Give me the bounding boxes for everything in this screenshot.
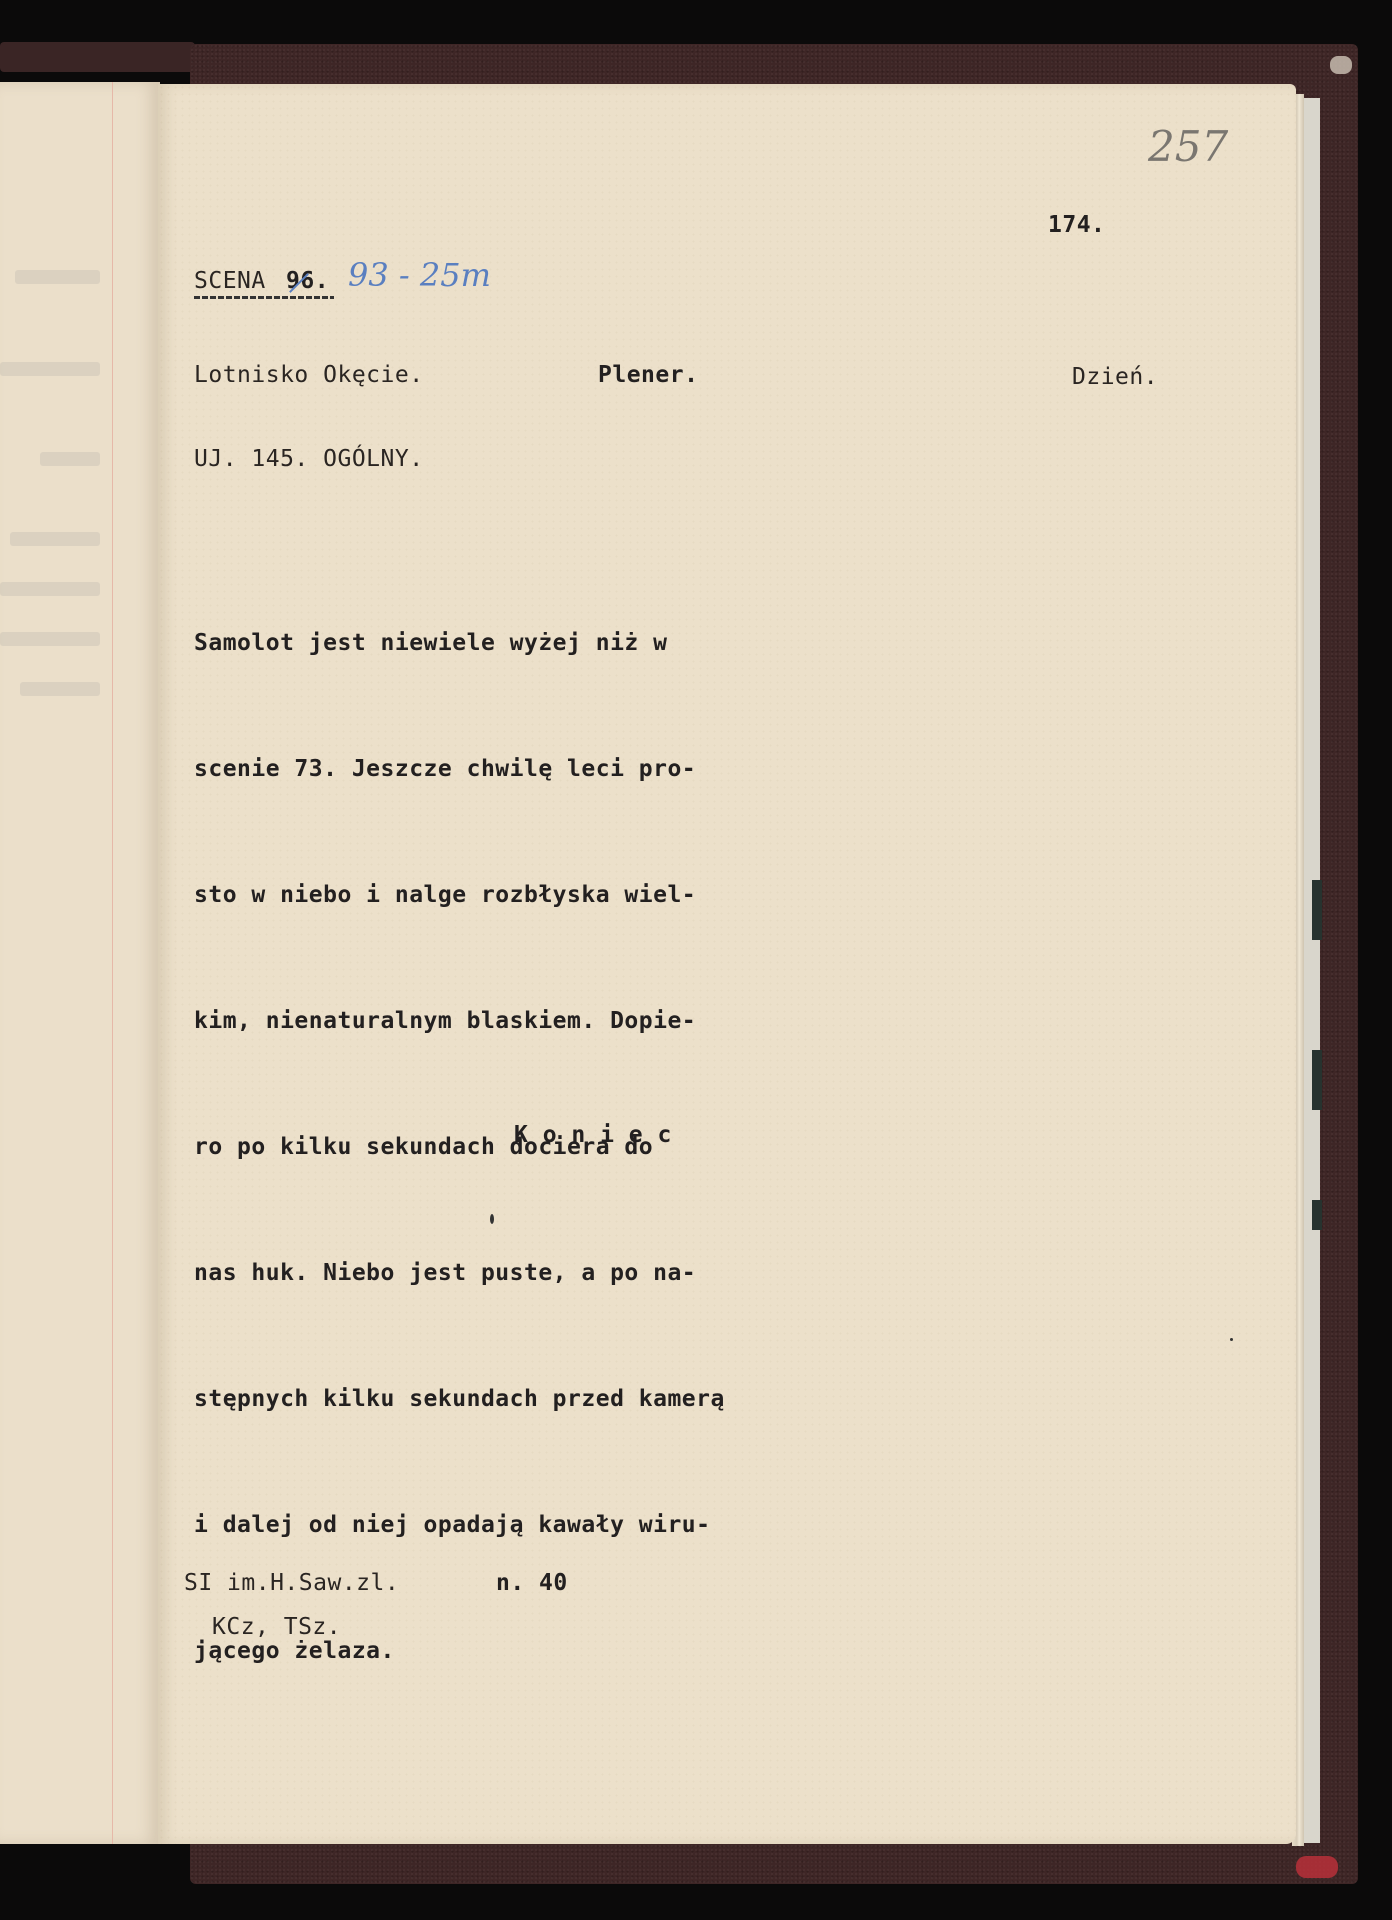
body-line: Samolot jest niewiele wyżej niż w [194, 622, 725, 664]
worn-cover-corner-bottom [1296, 1856, 1338, 1878]
footer-reference: SI im.H.Saw.zl. [184, 1570, 399, 1596]
scanned-book-spread: 257 174. SCENA 96. 93 - 25m Lotnisko Okę… [0, 0, 1392, 1920]
marble-spot [1312, 1200, 1322, 1230]
bleed-through-text [0, 362, 100, 376]
bleed-through-text [0, 632, 100, 646]
footer-number: n. 40 [496, 1570, 568, 1596]
typed-script-page: 257 174. SCENA 96. 93 - 25m Lotnisko Okę… [158, 84, 1296, 1844]
location: Lotnisko Okęcie. [194, 362, 424, 388]
previous-page-edge [0, 82, 160, 1844]
marble-spot [1312, 1060, 1322, 1110]
bleed-through-text [0, 582, 100, 596]
body-line: i dalej od niej opadają kawały wiru- [194, 1504, 725, 1546]
left-cover-edge [0, 42, 195, 72]
footer-initials: KCz, TSz. [212, 1614, 341, 1640]
time-of-day: Dzień. [1072, 364, 1158, 390]
handwritten-page-number: 257 [1148, 122, 1228, 171]
ink-speck [1230, 1338, 1233, 1341]
handwritten-scene-annotation: 93 - 25m [348, 256, 491, 294]
setting: Plener. [598, 362, 698, 388]
typed-page-number: 174. [1048, 212, 1105, 238]
bleed-through-text [15, 270, 100, 284]
body-line: stępnych kilku sekundach przed kamerą [194, 1378, 725, 1420]
ink-speck [490, 1214, 494, 1224]
marble-spot [1312, 880, 1322, 940]
heading-underline [194, 296, 334, 299]
shot-description: UJ. 145. OGÓLNY. [194, 446, 424, 472]
body-line: kim, nienaturalnym blaskiem. Dopie- [194, 1000, 725, 1042]
scene-heading-label: SCENA [194, 268, 266, 294]
body-line: nas huk. Niebo jest puste, a po na- [194, 1252, 725, 1294]
bleed-through-text [40, 452, 100, 466]
margin-line [112, 82, 113, 1844]
bleed-through-text [10, 532, 100, 546]
body-line: sto w niebo i nalge rozbłyska wiel- [194, 874, 725, 916]
bleed-through-text [20, 682, 100, 696]
ending-text: K o n i e c [514, 1122, 672, 1148]
worn-cover-corner-top [1330, 56, 1352, 74]
body-line: scenie 73. Jeszcze chwilę leci pro- [194, 748, 725, 790]
